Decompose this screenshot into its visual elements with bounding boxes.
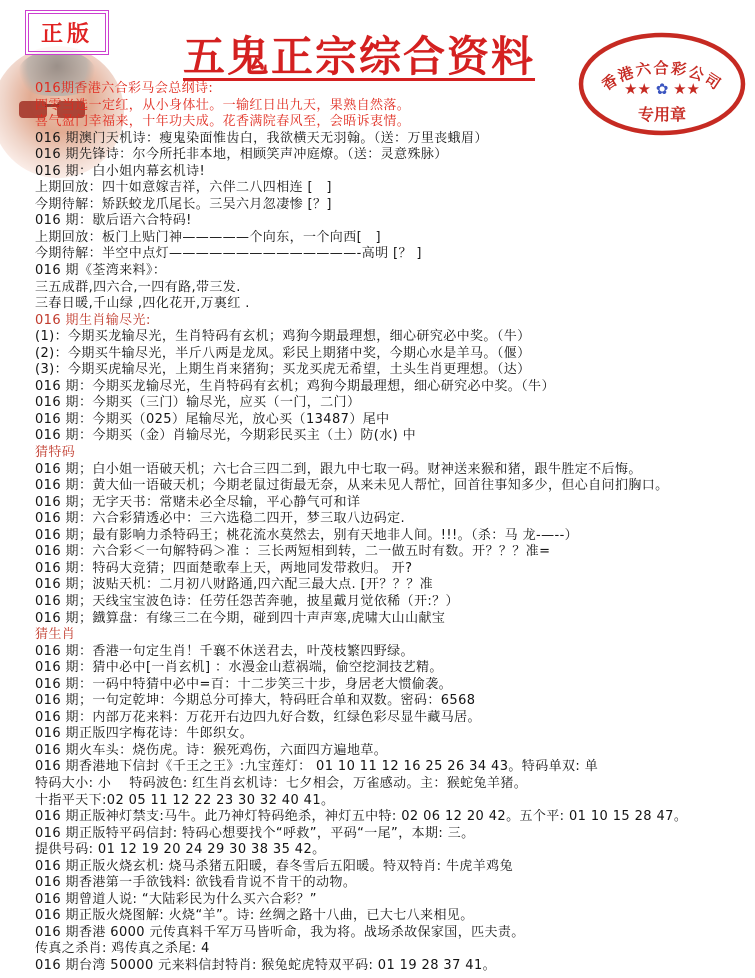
- stamp-stars-right: ★★: [673, 80, 700, 98]
- page-title: 五鬼正宗综合资料: [183, 24, 535, 84]
- section-header: 016 期生肖输尽光:: [0, 313, 755, 330]
- text-line: 016 期先锋诗：尔今所托非本地，相顾笑声冲庭燎。（送：灵意殊脉）: [0, 147, 755, 164]
- text-line: 016 期台湾 50000 元来料信封特肖: 猴兔蛇虎特双平码: 01 19 2…: [0, 958, 755, 975]
- text-line: 016 期香港第一手欲钱料: 欲钱看肯说不肯干的动物。: [0, 875, 755, 892]
- text-line: 016 期：特码大竞猜；四面楚歌奉上天，两地同发带救归。 开?: [0, 561, 755, 578]
- text-line: 016 期；鐡算盘：有缘三二在今期，碰到四十声声寒,虎啸大山山献宝: [0, 611, 755, 628]
- text-line: 016 期正版火烧图解: 火烧“羊”。诗: 丝绸之路十八曲，已大七八来相见。: [0, 908, 755, 925]
- text-line: (1)：今期买龙输尽光，生肖特码有玄机；鸡狗今期最理想，细心研究必中奖。（牛）: [0, 329, 755, 346]
- text-line: 提供号码: 01 12 19 20 24 29 30 38 35 42。: [0, 842, 755, 859]
- text-line: 016 期：香港一句定生肖！千襄不休送君去，叶茂枝繁四野绿。: [0, 644, 755, 661]
- stamp-flower-icon: ✿: [656, 80, 669, 98]
- text-line: 016 期：今期买（025）尾输尽光，放心买（13487）尾中: [0, 412, 755, 429]
- text-line: 特码大小: 小 特码波色: 红生肖玄机诗：七夕相会，万雀感动。主：猴蛇兔羊猪。: [0, 776, 755, 793]
- content: 016期香港六合彩马会总纲诗: 四零当选一定红，从小身体壮。一输红日出九天，果熟…: [0, 81, 755, 975]
- text-line: 016 期；最有影响力杀特码王；桃花流水莫然去，别有天地非人间。!!!。（杀：马…: [0, 528, 755, 545]
- text-line: 016 期：歇后语六合特码!: [0, 213, 755, 230]
- text-line: 传真之杀肖: 鸡传真之杀尾: 4: [0, 941, 755, 958]
- text-line: 016 期正版四字梅花诗：牛郎织女。: [0, 726, 755, 743]
- text-line: 016 期香港地下信封《千王之王》:九宝莲灯： 01 10 11 12 16 2…: [0, 759, 755, 776]
- stamp-bottom-text: 专用章: [638, 105, 686, 124]
- text-line: 016 期：今期买龙输尽光，生肖特码有玄机；鸡狗今期最理想，细心研究必中奖。（牛…: [0, 379, 755, 396]
- text-line: 016 期；无字天书：常赌未必全尽输，平心静气可和详: [0, 495, 755, 512]
- text-line: 上期回放：板门上贴门神—————个向东，一个向西[ ]: [0, 230, 755, 247]
- text-line: 016 期：六合彩＜一句解特码＞准 ：三长两短相到转，二一做五时有数。开？？？准…: [0, 544, 755, 561]
- text-line: 016 期：六合彩猜透必中：三六选稳二四开，梦三取八边码定.: [0, 511, 755, 528]
- text-line: (3)：今期买虎输尽光，上期生肖来猪狗；买龙买虎无希望，土头生肖更理想。（达）: [0, 362, 755, 379]
- page: 正版 五鬼正宗综合资料 香港六合彩公司 ★★ ✿ ★★ 专用章 016期香港六合…: [0, 0, 755, 978]
- text-line: 016 期；白小姐一语破天机；六七合三四二到，跟九中七取一码。财神送来猴和猪，跟…: [0, 462, 755, 479]
- text-line: 016 期；一句定乾坤：今期总分可捧大，特码旺合单和双数。密码：6568: [0, 693, 755, 710]
- text-line: 016 期正版神灯禁支:马牛。此乃神灯特码绝杀，神灯五中特: 02 06 12 …: [0, 809, 755, 826]
- text-line: 今期待解：矫跃蛟龙爪尾长。三吴六月忽凄惨 [？]: [0, 197, 755, 214]
- text-line: 016 期：内部万花来料：万花开右边四九好合数，红绿色彩尽显牛藏马居。: [0, 710, 755, 727]
- text-line: 016 期正版特平码信封: 特码心想要找个“呼救”，平码“一尾”，本期: 三。: [0, 826, 755, 843]
- text-line: 016 期火车头：烧伤虎。诗：猴死鸡伤，六面四方遍地草。: [0, 743, 755, 760]
- text-line: 016 期香港 6000 元传真料千军万马皆听命，我为将。战场杀故保家国，匹夫责…: [0, 925, 755, 942]
- company-seal-stamp: 香港六合彩公司 ★★ ✿ ★★ 专用章: [575, 30, 749, 138]
- text-line: (2)：今期买牛输尽光，半斤八两是龙凤。彩民上期猪中奖，今期心水是羊马。（偃）: [0, 346, 755, 363]
- text-line: 016 期：今期买（金）肖输尽光，今期彩民买主（土）防(水) 中: [0, 428, 755, 445]
- text-line: 016 期：白小姐内幕玄机诗!: [0, 164, 755, 181]
- text-line: 016 期正版火烧玄机: 烧马杀猪五阳暖，春冬雪后五阳暖。特双特肖: 牛虎羊鸡兔: [0, 859, 755, 876]
- text-line: 016 期：一码中特猜中必中=百：十二步笑三十步，身居老大惯偷袭。: [0, 677, 755, 694]
- text-line: 今期待解：半空中点灯——————————————-高明 [？ ]: [0, 246, 755, 263]
- text-line: 016 期：猜中必中[一肖玄机] ：水漫金山惹祸端，偷空挖洞技艺精。: [0, 660, 755, 677]
- text-line: 016 期；波贴天机：二月初八财路通,四六配三最大点. [开？？？准: [0, 577, 755, 594]
- text-line: 三五成群,四六合,一四有路,带三发.: [0, 280, 755, 297]
- stamp-stars-left: ★★: [624, 80, 651, 98]
- text-line: 016 期：黄大仙一语破天机；今期老鼠过街最无奈，从来未见人帮忙，回首往事知多少…: [0, 478, 755, 495]
- section-header: 猜特码: [0, 445, 755, 462]
- text-line: 016 期《荃湾来料》：: [0, 263, 755, 280]
- text-line: 上期回放：四十如意嫁吉祥，六伴二八四相连 [ ]: [0, 180, 755, 197]
- text-line: 三春日暖,千山绿 ,四化花开,万裏红 .: [0, 296, 755, 313]
- stamp-stars: ★★ ✿ ★★: [624, 80, 700, 98]
- section-header: 猜生肖: [0, 627, 755, 644]
- text-line: 016 期曾道人说: “大陆彩民为什么买六合彩？”: [0, 892, 755, 909]
- text-line: 016 期：今期买（三门）输尽光，应买（一门，二门）: [0, 395, 755, 412]
- text-line: 十指平天下:02 05 11 12 22 23 30 32 40 41。: [0, 793, 755, 810]
- text-line: 016 期；天线宝宝波色诗：任劳任怨苦奔驰，披星戴月觉依稀（开:？）: [0, 594, 755, 611]
- authentic-badge: 正版: [25, 10, 109, 55]
